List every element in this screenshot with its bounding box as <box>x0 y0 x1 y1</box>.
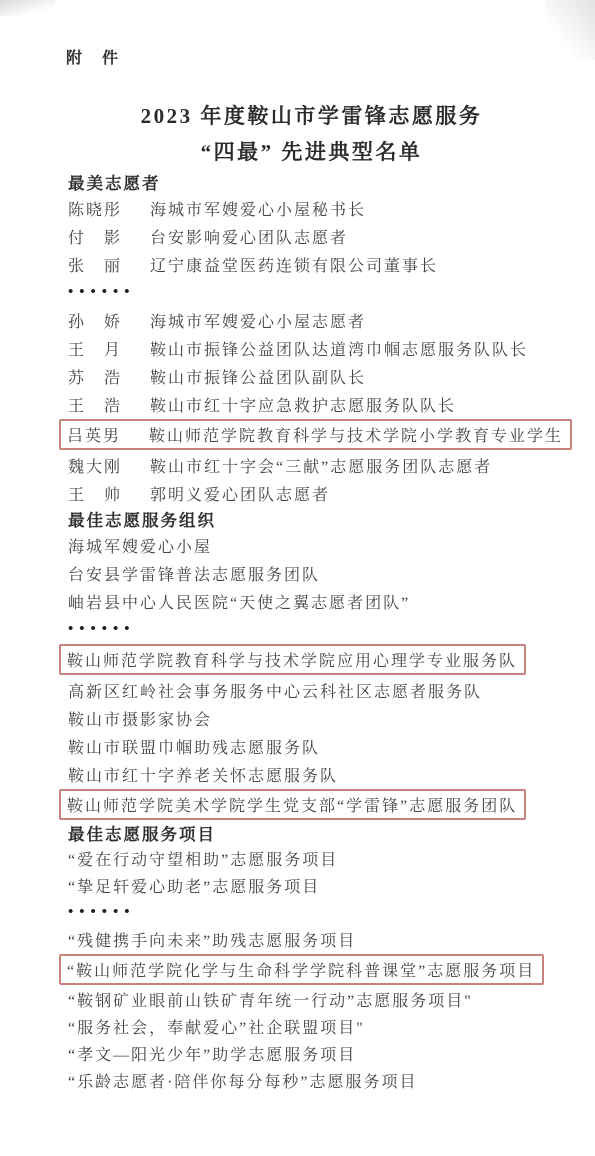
volunteer-role: 鞍山师范学院教育科学与技术学院小学教育专业学生 <box>149 423 563 446</box>
attachment-label: 附 件 <box>66 45 120 68</box>
list-item: 孙 娇 海城市军嫂爱心小屋志愿者 <box>68 306 555 334</box>
list-item-highlighted: 鞍山师范学院美术学院学生党支部“学雷锋”志愿服务团队 <box>68 788 555 821</box>
volunteer-name: 王 月 <box>68 337 128 360</box>
list-item-highlighted: 鞍山师范学院教育科学与技术学院应用心理学专业服务队 <box>68 643 555 676</box>
organization-name: 鞍山市联盟巾帼助残志愿服务队 <box>68 735 320 758</box>
volunteer-name: 王 浩 <box>68 393 128 416</box>
document-title: 2023 年度鞍山市学雷锋志愿服务 “四最” 先进典型名单 <box>68 0 555 170</box>
list-item: 王 月 鞍山市振锋公益团队达道湾巾帼志愿服务队队长 <box>68 334 555 362</box>
list-item: 海城军嫂爱心小屋 <box>68 531 555 559</box>
list-item: 岫岩县中心人民医院“天使之翼志愿者团队” <box>68 587 555 615</box>
list-item: 鞍山市摄影家协会 <box>68 704 555 732</box>
highlight-box: 鞍山师范学院教育科学与技术学院应用心理学专业服务队 <box>59 644 526 675</box>
list-item: 高新区红岭社会事务服务中心云科社区志愿者服务队 <box>68 676 555 704</box>
volunteer-role: 鞍山市红十字应急救护志愿服务队队长 <box>150 393 456 416</box>
list-item: 魏大刚 鞍山市红十字会“三献”志愿服务团队志愿者 <box>68 451 555 479</box>
list-item: 张 丽 辽宁康益堂医药连锁有限公司董事长 <box>68 250 555 278</box>
list-item-highlighted: 吕英男 鞍山师范学院教育科学与技术学院小学教育专业学生 <box>68 418 555 451</box>
section-heading: 最美志愿者 <box>68 170 555 194</box>
project-name: “挚足轩爱心助老”志愿服务项目 <box>68 874 320 897</box>
project-name: “服务社会，奉献爱心”社企联盟项目" <box>68 1015 365 1038</box>
document-page: 附 件 2023 年度鞍山市学雷锋志愿服务 “四最” 先进典型名单 最美志愿者 … <box>0 0 595 1156</box>
ellipsis-row: •••••• <box>68 899 555 926</box>
list-item: 陈晓彤 海城市军嫂爱心小屋秘书长 <box>68 194 555 222</box>
organization-name: 鞍山师范学院美术学院学生党支部“学雷锋”志愿服务团队 <box>67 793 517 816</box>
volunteer-role: 辽宁康益堂医药连锁有限公司董事长 <box>150 253 438 276</box>
list-item: 鞍山市红十字养老关怀志愿服务队 <box>68 760 555 788</box>
project-name: “鞍山师范学院化学与生命科学学院科普课堂”志愿服务项目 <box>67 958 535 981</box>
organization-name: 鞍山师范学院教育科学与技术学院应用心理学专业服务队 <box>67 648 517 671</box>
project-name: “爱在行动守望相助”志愿服务项目 <box>68 847 338 870</box>
volunteer-role: 鞍山市振锋公益团队副队长 <box>150 365 366 388</box>
project-name: “乐龄志愿者·陪伴你每分每秒”志愿服务项目 <box>68 1069 418 1092</box>
organization-name: 鞍山市红十字养老关怀志愿服务队 <box>68 763 338 786</box>
organization-name: 海城军嫂爱心小屋 <box>68 534 212 557</box>
list-item: “服务社会，奉献爱心”社企联盟项目" <box>68 1013 555 1040</box>
ellipsis-row: •••••• <box>68 615 555 643</box>
scan-shadow-top-left <box>0 0 55 16</box>
list-item: 苏 浩 鞍山市振锋公益团队副队长 <box>68 362 555 390</box>
section-best-volunteer-projects: 最佳志愿服务项目 “爱在行动守望相助”志愿服务项目 “挚足轩爱心助老”志愿服务项… <box>68 821 555 1094</box>
ellipsis-row: •••••• <box>68 278 555 306</box>
list-item: 台安县学雷锋普法志愿服务团队 <box>68 559 555 587</box>
list-item: 付 影 台安影响爱心团队志愿者 <box>68 222 555 250</box>
volunteer-name: 付 影 <box>68 225 128 248</box>
organization-name: 高新区红岭社会事务服务中心云科社区志愿者服务队 <box>68 679 482 702</box>
list-item: “残健携手向未来”助残志愿服务项目 <box>68 926 555 953</box>
highlight-box: 鞍山师范学院美术学院学生党支部“学雷锋”志愿服务团队 <box>59 789 526 820</box>
list-item: “鞍钢矿业眼前山铁矿青年统一行动”志愿服务项目" <box>68 986 555 1013</box>
list-item-highlighted: “鞍山师范学院化学与生命科学学院科普课堂”志愿服务项目 <box>68 953 555 986</box>
project-name: “残健携手向未来”助残志愿服务项目 <box>68 928 356 951</box>
volunteer-role: 台安影响爱心团队志愿者 <box>150 225 348 248</box>
volunteer-role: 鞍山市红十字会“三献”志愿服务团队志愿者 <box>150 454 492 477</box>
section-best-volunteer-organizations: 最佳志愿服务组织 海城军嫂爱心小屋 台安县学雷锋普法志愿服务团队 岫岩县中心人民… <box>68 507 555 821</box>
volunteer-name: 吕英男 <box>67 423 127 446</box>
organization-name: 鞍山市摄影家协会 <box>68 707 212 730</box>
project-name: “孝文—阳光少年”助学志愿服务项目 <box>68 1042 356 1065</box>
page-title-line1: 2023 年度鞍山市学雷锋志愿服务 <box>68 98 555 134</box>
highlight-box: “鞍山师范学院化学与生命科学学院科普课堂”志愿服务项目 <box>59 954 544 985</box>
list-item: 王 浩 鞍山市红十字应急救护志愿服务队队长 <box>68 390 555 418</box>
organization-name: 岫岩县中心人民医院“天使之翼志愿者团队” <box>68 590 410 613</box>
volunteer-role: 海城市军嫂爱心小屋志愿者 <box>150 309 366 332</box>
volunteer-name: 孙 娇 <box>68 309 128 332</box>
list-item: “挚足轩爱心助老”志愿服务项目 <box>68 872 555 899</box>
list-item: “爱在行动守望相助”志愿服务项目 <box>68 845 555 872</box>
volunteer-name: 苏 浩 <box>68 365 128 388</box>
list-item: 鞍山市联盟巾帼助残志愿服务队 <box>68 732 555 760</box>
page-title-line2: “四最” 先进典型名单 <box>68 134 555 170</box>
volunteer-role: 海城市军嫂爱心小屋秘书长 <box>150 197 366 220</box>
volunteer-name: 魏大刚 <box>68 454 128 477</box>
list-item: “乐龄志愿者·陪伴你每分每秒”志愿服务项目 <box>68 1067 555 1094</box>
volunteer-role: 鞍山市振锋公益团队达道湾巾帼志愿服务队队长 <box>150 337 528 360</box>
project-name: “鞍钢矿业眼前山铁矿青年统一行动”志愿服务项目" <box>68 988 473 1011</box>
organization-name: 台安县学雷锋普法志愿服务团队 <box>68 562 320 585</box>
volunteer-name: 张 丽 <box>68 253 128 276</box>
list-item: “孝文—阳光少年”助学志愿服务项目 <box>68 1040 555 1067</box>
highlight-box: 吕英男 鞍山师范学院教育科学与技术学院小学教育专业学生 <box>59 419 572 450</box>
section-most-beautiful-volunteers: 最美志愿者 陈晓彤 海城市军嫂爱心小屋秘书长 付 影 台安影响爱心团队志愿者 张… <box>68 170 555 507</box>
section-heading: 最佳志愿服务项目 <box>68 821 555 845</box>
section-heading: 最佳志愿服务组织 <box>68 507 555 531</box>
volunteer-name: 陈晓彤 <box>68 197 128 220</box>
list-item: 王 帅 郭明义爱心团队志愿者 <box>68 479 555 507</box>
volunteer-name: 王 帅 <box>68 482 128 505</box>
volunteer-role: 郭明义爱心团队志愿者 <box>150 482 330 505</box>
